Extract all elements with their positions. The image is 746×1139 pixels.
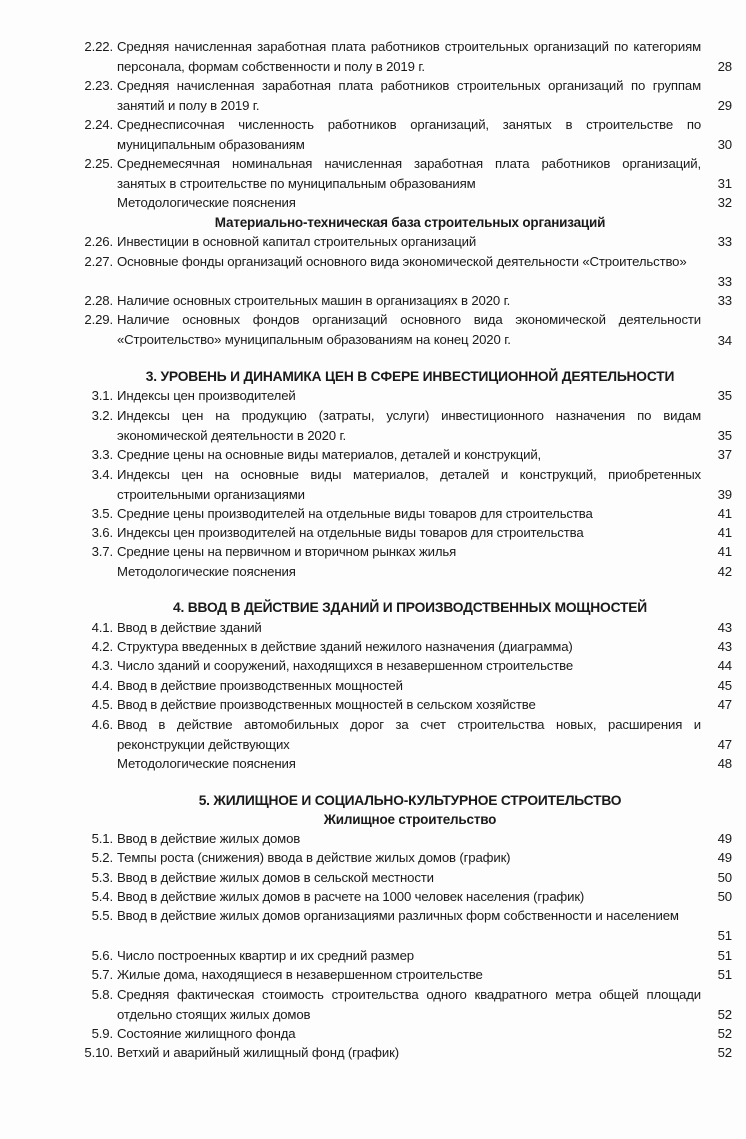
toc-entry-title: Ввод в действие жилых домов в расчете на… bbox=[117, 887, 701, 907]
toc-entry-title: Инвестиции в основной капитал строительн… bbox=[117, 232, 701, 252]
toc-entry-page: 30 bbox=[702, 135, 732, 155]
toc-entry-title: Ввод в действие автомобильных дорог за с… bbox=[117, 715, 701, 754]
toc-entry-number: 5.1. bbox=[92, 829, 113, 849]
toc-entry-page: 39 bbox=[702, 485, 732, 505]
toc-entry-title: Число зданий и сооружений, находящихся в… bbox=[117, 656, 701, 676]
toc-entry-number: 2.23. bbox=[84, 76, 113, 96]
section-heading: 4. ВВОД В ДЕЙСТВИЕ ЗДАНИЙ И ПРОИЗВОДСТВЕ… bbox=[90, 598, 730, 617]
toc-entry-title: Средняя начисленная заработная плата раб… bbox=[117, 37, 701, 76]
toc-entry-title: Методологические пояснения bbox=[117, 754, 701, 774]
toc-entry-page: 45 bbox=[702, 676, 732, 696]
toc-entry-number: 5.6. bbox=[92, 946, 113, 966]
toc-entry-number: 5.7. bbox=[92, 965, 113, 985]
toc-entry-page: 43 bbox=[702, 637, 732, 657]
toc-entry-title: Наличие основных строительных машин в ор… bbox=[117, 291, 701, 311]
toc-entry-number: 4.2. bbox=[92, 637, 113, 657]
toc-entry-page: 35 bbox=[702, 386, 732, 406]
toc-entry-title: Средние цены на основные виды материалов… bbox=[117, 445, 701, 465]
toc-entry-number: 2.25. bbox=[84, 154, 113, 174]
toc-entry-title: Средние цены производителей на отдельные… bbox=[117, 504, 701, 524]
toc-entry-number: 5.3. bbox=[92, 868, 113, 888]
toc-entry-page: 32 bbox=[702, 193, 732, 213]
toc-entry-number: 3.5. bbox=[92, 504, 113, 524]
toc-entry-page: 33 bbox=[702, 291, 732, 311]
toc-entry-title: Темпы роста (снижения) ввода в действие … bbox=[117, 848, 701, 868]
toc-entry-number: 3.4. bbox=[92, 465, 113, 485]
toc-entry-title: Среднемесячная номинальная начисленная з… bbox=[117, 154, 701, 193]
toc-entry-title: Средняя начисленная заработная плата раб… bbox=[117, 76, 701, 115]
toc-entry-title: Ввод в действие производственных мощност… bbox=[117, 676, 701, 696]
toc-entry-page: 43 bbox=[702, 618, 732, 638]
toc-entry-page: 31 bbox=[702, 174, 732, 194]
section-heading: 5. ЖИЛИЩНОЕ И СОЦИАЛЬНО-КУЛЬТУРНОЕ СТРОИ… bbox=[90, 791, 730, 810]
toc-entry-title: Число построенных квартир и их средний р… bbox=[117, 946, 701, 966]
toc-entry-number: 5.8. bbox=[92, 985, 113, 1005]
toc-entry-number: 3.3. bbox=[92, 445, 113, 465]
toc-entry-number: 3.7. bbox=[92, 542, 113, 562]
toc-entry-page: 50 bbox=[702, 887, 732, 907]
toc-entry-page: 51 bbox=[702, 946, 732, 966]
toc-entry-title: Индексы цен производителей bbox=[117, 386, 701, 406]
toc-entry-page: 41 bbox=[702, 523, 732, 543]
toc-entry-page: 29 bbox=[702, 96, 732, 116]
toc-entry-number: 4.6. bbox=[92, 715, 113, 735]
toc-entry-page: 52 bbox=[702, 1024, 732, 1044]
toc-entry-title: Индексы цен производителей на отдельные … bbox=[117, 523, 701, 543]
toc-entry-page: 44 bbox=[702, 656, 732, 676]
toc-entry-number: 5.9. bbox=[92, 1024, 113, 1044]
toc-entry-page: 52 bbox=[702, 1043, 732, 1063]
toc-entry-page: 34 bbox=[702, 331, 732, 351]
toc-entry-title: Среднесписочная численность работников о… bbox=[117, 115, 701, 154]
toc-entry-number: 2.29. bbox=[84, 310, 113, 330]
toc-entry-title: Структура введенных в действие зданий не… bbox=[117, 637, 701, 657]
toc-entry-number: 2.26. bbox=[84, 232, 113, 252]
toc-entry-title: Ввод в действие жилых домов в сельской м… bbox=[117, 868, 701, 888]
toc-entry-title: Ввод в действие жилых домов bbox=[117, 829, 701, 849]
toc-entry-number: 5.5. bbox=[92, 906, 113, 926]
toc-entry-page: 49 bbox=[702, 829, 732, 849]
toc-entry-number: 4.1. bbox=[92, 618, 113, 638]
toc-entry-title: Ввод в действие зданий bbox=[117, 618, 701, 638]
toc-entry-title: Средние цены на первичном и вторичном ры… bbox=[117, 542, 701, 562]
toc-entry-title: Наличие основных фондов организаций осно… bbox=[117, 310, 701, 349]
subsection-heading: Материально-техническая база строительны… bbox=[90, 213, 730, 232]
toc-entry-page: 47 bbox=[702, 735, 732, 755]
toc-entry-page: 50 bbox=[702, 868, 732, 888]
toc-entry-title: Основные фонды организаций основного вид… bbox=[117, 252, 701, 272]
toc-entry-number: 4.5. bbox=[92, 695, 113, 715]
toc-entry-number: 2.22. bbox=[84, 37, 113, 57]
toc-entry-page: 51 bbox=[702, 926, 732, 946]
toc-entry-number: 2.27. bbox=[84, 252, 113, 272]
toc-entry-title: Методологические пояснения bbox=[117, 562, 701, 582]
toc-entry-page: 47 bbox=[702, 695, 732, 715]
toc-entry-number: 5.4. bbox=[92, 887, 113, 907]
toc-entry-title: Жилые дома, находящиеся в незавершенном … bbox=[117, 965, 701, 985]
toc-entry-page: 33 bbox=[702, 232, 732, 252]
toc-entry-title: Средняя фактическая стоимость строительс… bbox=[117, 985, 701, 1024]
toc-entry-title: Состояние жилищного фонда bbox=[117, 1024, 701, 1044]
toc-entry-number: 2.24. bbox=[84, 115, 113, 135]
toc-entry-page: 49 bbox=[702, 848, 732, 868]
toc-entry-number: 5.10. bbox=[84, 1043, 113, 1063]
toc-entry-title: Методологические пояснения bbox=[117, 193, 701, 213]
toc-entry-title: Ветхий и аварийный жилищный фонд (график… bbox=[117, 1043, 701, 1063]
toc-entry-number: 3.6. bbox=[92, 523, 113, 543]
toc-entry-number: 4.3. bbox=[92, 656, 113, 676]
toc-entry-title: Ввод в действие производственных мощност… bbox=[117, 695, 701, 715]
table-of-contents-page: 2.22. Средняя начисленная заработная пла… bbox=[0, 0, 746, 1139]
subsection-heading: Жилищное строительство bbox=[90, 810, 730, 829]
toc-entry-title: Индексы цен на продукцию (затраты, услуг… bbox=[117, 406, 701, 445]
toc-entry-number: 3.2. bbox=[92, 406, 113, 426]
toc-entry-page: 41 bbox=[702, 504, 732, 524]
toc-entry-number: 4.4. bbox=[92, 676, 113, 696]
toc-entry-page: 42 bbox=[702, 562, 732, 582]
toc-entry-page: 52 bbox=[702, 1005, 732, 1025]
toc-entry-number: 2.28. bbox=[84, 291, 113, 311]
toc-entry-page: 35 bbox=[702, 426, 732, 446]
toc-entry-page: 33 bbox=[702, 272, 732, 292]
toc-entry-page: 51 bbox=[702, 965, 732, 985]
toc-entry-number: 5.2. bbox=[92, 848, 113, 868]
toc-entry-page: 41 bbox=[702, 542, 732, 562]
toc-entry-title: Индексы цен на основные виды материалов,… bbox=[117, 465, 701, 504]
toc-entry-page: 48 bbox=[702, 754, 732, 774]
toc-entry-page: 28 bbox=[702, 57, 732, 77]
toc-entry-page: 37 bbox=[702, 445, 732, 465]
toc-entry-number: 3.1. bbox=[92, 386, 113, 406]
toc-entry-title: Ввод в действие жилых домов организациям… bbox=[117, 906, 701, 926]
section-heading: 3. УРОВЕНЬ И ДИНАМИКА ЦЕН В СФЕРЕ ИНВЕСТ… bbox=[90, 367, 730, 386]
